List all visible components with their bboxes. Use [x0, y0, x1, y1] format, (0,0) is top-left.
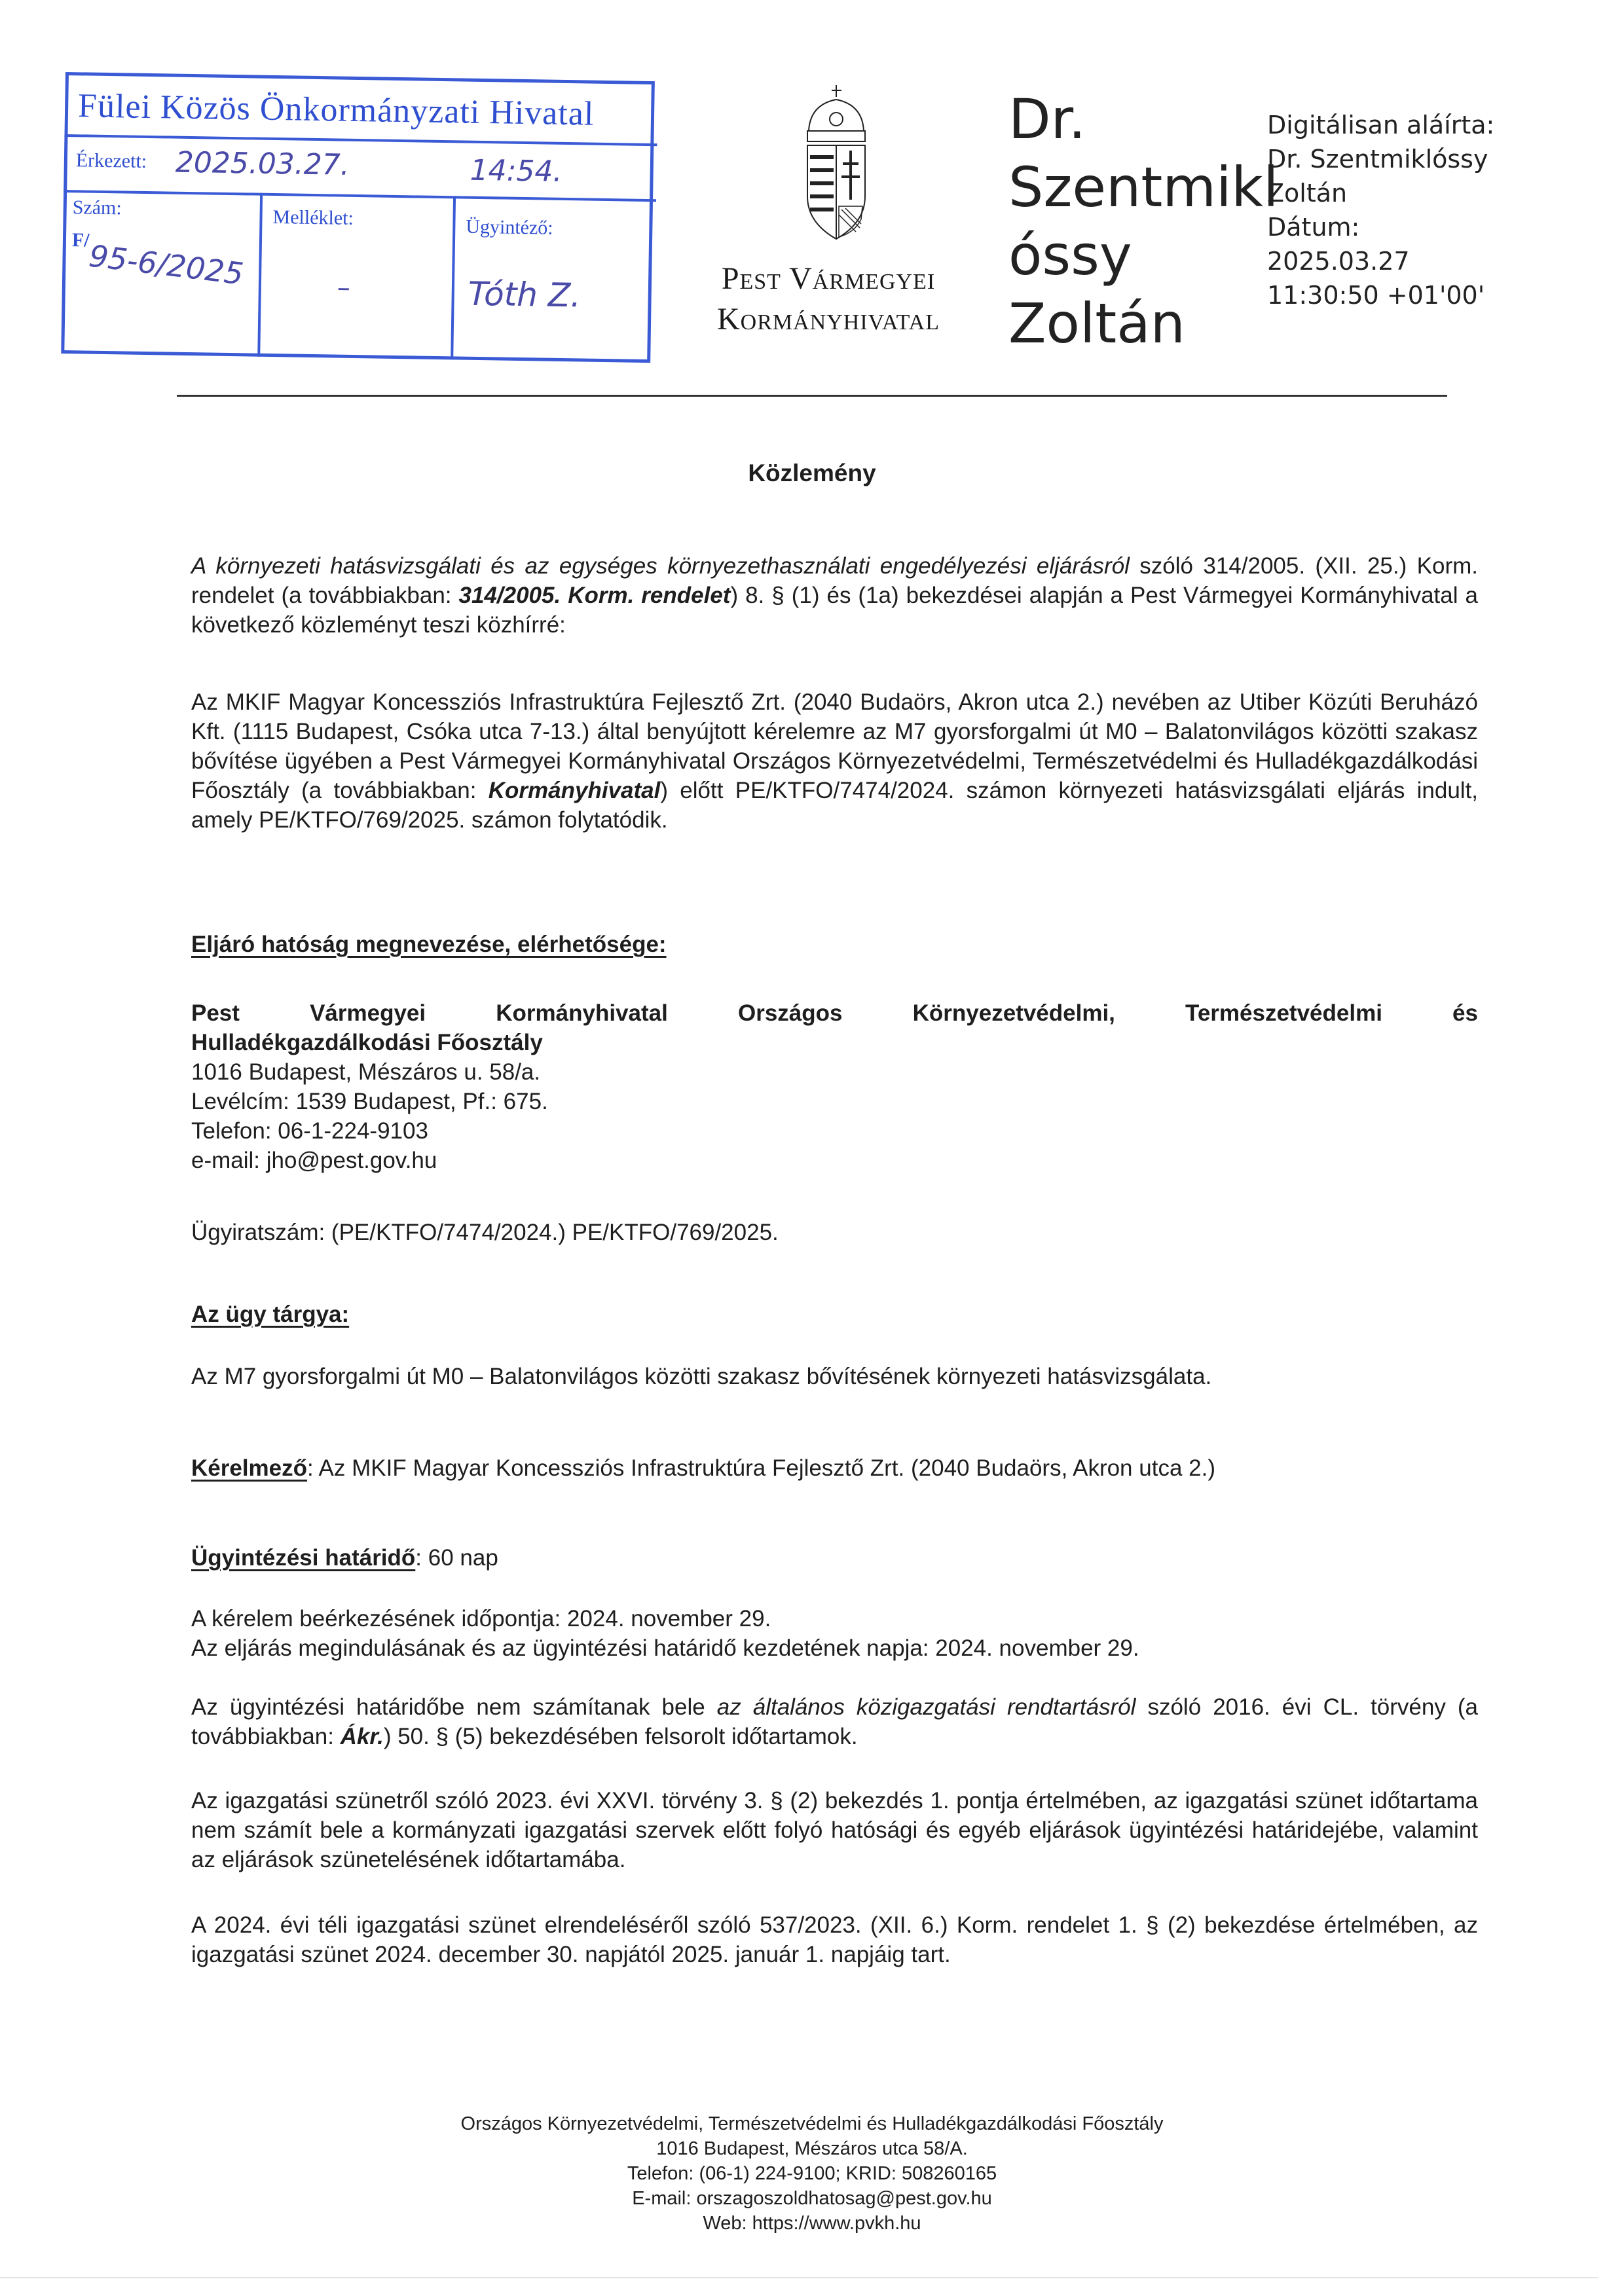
- stamp-received-label: Érkezett:: [76, 149, 147, 173]
- page-edge: [0, 2277, 1598, 2278]
- authority-name-line1: Pest Vármegyei Kormányhivatal Országos K…: [191, 998, 1478, 1028]
- authority-email[interactable]: e-mail: jho@pest.gov.hu: [191, 1146, 1478, 1175]
- case-paragraph: Az MKIF Magyar Koncessziós Infrastruktúr…: [191, 687, 1478, 835]
- dates: A kérelem beérkezésének időpontja: 2024.…: [191, 1604, 1478, 1663]
- hungarian-coat-of-arms-icon: [796, 85, 877, 242]
- authority-heading-text: Eljáró hatóság megnevezése, elérhetősége…: [191, 932, 667, 957]
- recess-paragraph-1: Az igazgatási szünetről szóló 2023. évi …: [191, 1786, 1478, 1874]
- stamp-officer-label: Ügyintéző:: [466, 216, 553, 240]
- footer-department: Országos Környezetvédelmi, Természetvéde…: [0, 2111, 1624, 2136]
- stamp-received-date: 2025.03.27.: [175, 146, 350, 182]
- exclusions-abbrev: Ákr.: [341, 1724, 384, 1749]
- signer-name-part: óssy: [1008, 221, 1278, 289]
- recess-paragraph-2: A 2024. évi téli igazgatási szünet elren…: [191, 1910, 1478, 1969]
- deadline-label: Ügyintézési határidő: [191, 1545, 415, 1571]
- signature-line: 11:30:50 +01'00': [1267, 278, 1494, 312]
- case-abbrev: Kormányhivatal: [489, 778, 661, 803]
- stamp-number-label: Szám:: [72, 196, 122, 219]
- authority-phone: Telefon: 06-1-224-9103: [191, 1116, 1478, 1146]
- deadline-text: : 60 nap: [415, 1545, 498, 1571]
- procedure-start-date: Az eljárás megindulásának és az ügyintéz…: [191, 1633, 1478, 1663]
- authority-postal: Levélcím: 1539 Budapest, Pf.: 675.: [191, 1087, 1478, 1116]
- stamp-number-prefix: F/: [72, 229, 90, 251]
- signature-line: Dátum:: [1267, 210, 1494, 244]
- authority-heading: Eljáró hatóság megnevezése, elérhetősége…: [191, 930, 1478, 959]
- signer-name-part: Szentmikl: [1008, 153, 1278, 221]
- registration-stamp: Fülei Közös Önkormányzati Hivatal Érkeze…: [61, 72, 658, 386]
- footer-web[interactable]: Web: https://www.pvkh.hu: [0, 2211, 1624, 2236]
- stamp-officer-value: Tóth Z.: [468, 275, 581, 315]
- header-divider: [177, 395, 1447, 397]
- signer-name-part: Dr.: [1008, 85, 1278, 153]
- authority-name-line2: Hulladékgazdálkodási Főosztály: [191, 1028, 1478, 1057]
- exclusions-paragraph: Az ügyintézési határidőbe nem számítanak…: [191, 1692, 1478, 1751]
- subject-heading: Az ügy tárgya:: [191, 1300, 1478, 1329]
- page-footer: Országos Környezetvédelmi, Természetvéde…: [0, 2111, 1624, 2236]
- office-name-line2: Kormányhivatal: [655, 299, 1002, 340]
- authority-address: 1016 Budapest, Mészáros u. 58/a.: [191, 1057, 1478, 1087]
- stamp-attachment-label: Melléklet:: [272, 206, 354, 230]
- intro-paragraph: A környezeti hatásvizsgálati és az egysé…: [191, 551, 1478, 640]
- applicant-text: : Az MKIF Magyar Koncessziós Infrastrukt…: [307, 1455, 1215, 1481]
- footer-address: 1016 Budapest, Mészáros utca 58/A.: [0, 2136, 1624, 2161]
- exclusions-law-title: az általános közigazgatási rendtartásról: [717, 1694, 1136, 1720]
- document-title: Közlemény: [0, 458, 1624, 488]
- signer-name-part: Zoltán: [1008, 289, 1278, 357]
- stamp-title: Fülei Közös Önkormányzati Hivatal: [78, 86, 595, 133]
- office-name-line1: Pest Vármegyei: [655, 259, 1002, 299]
- signature-line: Zoltán: [1267, 176, 1494, 210]
- deadline: Ügyintézési határidő: 60 nap: [191, 1543, 1478, 1573]
- signature-line: Digitálisan aláírta:: [1267, 108, 1494, 142]
- applicant-label: Kérelmező: [191, 1455, 307, 1481]
- signature-line: Dr. Szentmiklóssy: [1267, 142, 1494, 176]
- stamp-attachment-value: –: [337, 273, 351, 303]
- signature-line: 2025.03.27: [1267, 244, 1494, 278]
- exclusions-text: Az ügyintézési határidőbe nem számítanak…: [191, 1694, 717, 1720]
- exclusions-text: ) 50. § (5) bekezdésében felsorolt időta…: [384, 1724, 858, 1749]
- footer-email[interactable]: E-mail: orszagoszoldhatosag@pest.gov.hu: [0, 2186, 1624, 2211]
- issuing-office: Pest Vármegyei Kormányhivatal: [655, 259, 1002, 340]
- footer-phone: Telefon: (06-1) 224-9100; KRID: 50826016…: [0, 2161, 1624, 2186]
- signer-name: Dr. Szentmikl óssy Zoltán: [1008, 85, 1278, 357]
- stamp-received-time: 14:54.: [470, 154, 563, 189]
- intro-decree-title: A környezeti hatásvizsgálati és az egysé…: [191, 553, 1130, 579]
- applicant: Kérelmező: Az MKIF Magyar Koncessziós In…: [191, 1453, 1478, 1483]
- digital-signature-info: Digitálisan aláírta: Dr. Szentmiklóssy Z…: [1267, 108, 1494, 312]
- file-number: Ügyiratszám: (PE/KTFO/7474/2024.) PE/KTF…: [191, 1218, 1478, 1247]
- subject-text: Az M7 gyorsforgalmi út M0 – Balatonvilág…: [191, 1362, 1478, 1391]
- request-received-date: A kérelem beérkezésének időpontja: 2024.…: [191, 1604, 1478, 1633]
- subject-heading-text: Az ügy tárgya:: [191, 1302, 349, 1327]
- intro-decree-abbrev: 314/2005. Korm. rendelet: [459, 583, 731, 608]
- authority-details: Pest Vármegyei Kormányhivatal Országos K…: [191, 998, 1478, 1175]
